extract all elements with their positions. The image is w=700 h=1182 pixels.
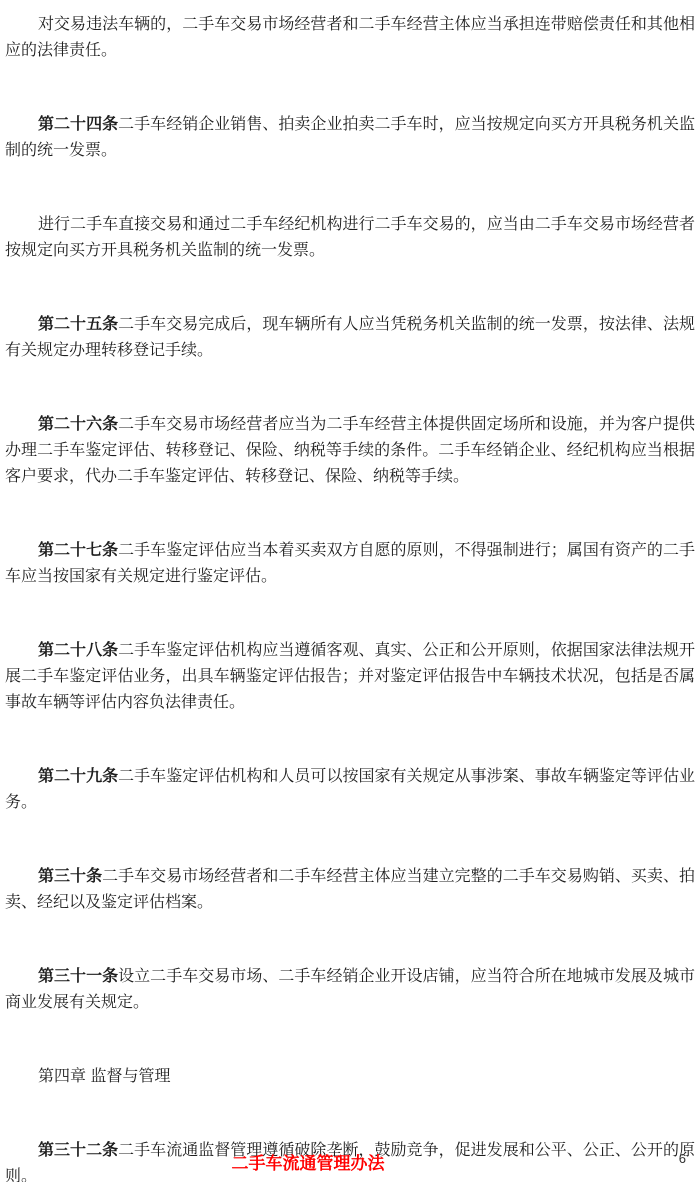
paragraph-direct-trade: 进行二手车直接交易和通过二手车经纪机构进行二手车交易的，应当由二手车交易市场经营… xyxy=(5,212,695,264)
paragraph-article-26: 第二十六条二手车交易市场经营者应当为二手车经营主体提供固定场所和设施，并为客户提… xyxy=(5,412,695,490)
article-number-27: 第二十七条 xyxy=(38,542,118,559)
paragraph-article-27: 第二十七条二手车鉴定评估应当本着买卖双方自愿的原则，不得强制进行；属国有资产的二… xyxy=(5,538,695,590)
page-number: 6 xyxy=(679,1150,686,1168)
article-number-26: 第二十六条 xyxy=(38,416,118,433)
paragraph-article-31: 第三十一条设立二手车交易市场、二手车经销企业开设店铺，应当符合所在地城市发展及城… xyxy=(5,964,695,1016)
paragraph-article-24: 第二十四条二手车经销企业销售、拍卖企业拍卖二手车时，应当按规定向买方开具税务机关… xyxy=(5,112,695,164)
chapter-heading: 第四章 监督与管理 xyxy=(5,1064,695,1090)
article-number-29: 第二十九条 xyxy=(38,768,118,785)
article-text-30: 二手车交易市场经营者和二手车经营主体应当建立完整的二手车交易购销、买卖、拍卖、经… xyxy=(5,868,695,911)
chapter-title: 第四章 监督与管理 xyxy=(38,1068,170,1085)
paragraph-continuation: 对交易违法车辆的，二手车交易市场经营者和二手车经营主体应当承担连带赔偿责任和其他… xyxy=(5,12,695,64)
footer-document-title: 二手车流通管理办法 xyxy=(232,1154,385,1174)
article-number-28: 第二十八条 xyxy=(38,642,118,659)
article-number-30: 第三十条 xyxy=(38,868,102,885)
paragraph-article-28: 第二十八条二手车鉴定评估机构应当遵循客观、真实、公正和公开原则，依据国家法律法规… xyxy=(5,638,695,716)
body-text: 对交易违法车辆的，二手车交易市场经营者和二手车经营主体应当承担连带赔偿责任和其他… xyxy=(5,12,695,1182)
paragraph-article-25: 第二十五条二手车交易完成后，现车辆所有人应当凭税务机关监制的统一发票，按法律、法… xyxy=(5,312,695,364)
article-number-24: 第二十四条 xyxy=(38,116,118,133)
paragraph-article-30: 第三十条二手车交易市场经营者和二手车经营主体应当建立完整的二手车交易购销、买卖、… xyxy=(5,864,695,916)
paragraph-article-29: 第二十九条二手车鉴定评估机构和人员可以按国家有关规定从事涉案、事故车辆鉴定等评估… xyxy=(5,764,695,816)
article-number-31: 第三十一条 xyxy=(38,968,118,985)
article-number-32: 第三十二条 xyxy=(38,1142,118,1159)
article-number-25: 第二十五条 xyxy=(38,316,118,333)
article-text: 对交易违法车辆的，二手车交易市场经营者和二手车经营主体应当承担连带赔偿责任和其他… xyxy=(5,16,695,59)
article-text: 进行二手车直接交易和通过二手车经纪机构进行二手车交易的，应当由二手车交易市场经营… xyxy=(5,216,695,259)
document-page: 对交易违法车辆的，二手车交易市场经营者和二手车经营主体应当承担连带赔偿责任和其他… xyxy=(0,0,700,1182)
